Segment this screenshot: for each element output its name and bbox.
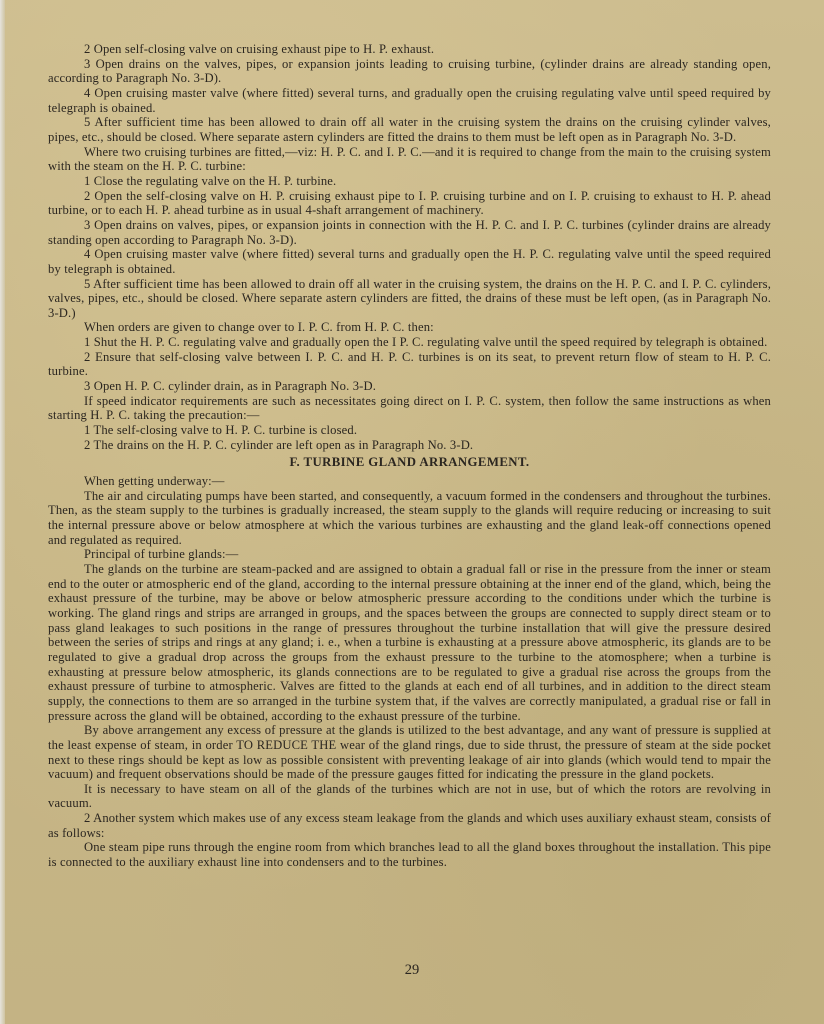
paragraph: 2 Another system which makes use of any … [48,811,771,840]
paragraph: It is necessary to have steam on all of … [48,782,771,811]
paragraph: 5 After sufficient time has been allowed… [48,115,771,144]
section-heading: F. TURBINE GLAND ARRANGEMENT. [48,455,771,470]
paragraph: 4 Open cruising master valve (where fitt… [48,86,771,115]
paragraph: 2 Open self-closing valve on cruising ex… [48,42,771,57]
page-edge [0,0,5,1024]
paragraph: 3 Open drains on valves, pipes, or expan… [48,218,771,247]
paragraph: 4 Open cruising master valve (where fitt… [48,247,771,276]
page-body: 2 Open self-closing valve on cruising ex… [48,42,771,870]
paragraph: The air and circulating pumps have been … [48,489,771,548]
paragraph: If speed indicator requirements are such… [48,394,771,423]
paragraph: 5 After sufficient time has been allowed… [48,277,771,321]
paragraph: 3 Open H. P. C. cylinder drain, as in Pa… [48,379,771,394]
paragraph: 1 The self-closing valve to H. P. C. tur… [48,423,771,438]
paragraph: 1 Shut the H. P. C. regulating valve and… [48,335,771,350]
paragraph: When orders are given to change over to … [48,320,771,335]
paragraph: 2 The drains on the H. P. C. cylinder ar… [48,438,771,453]
paragraph: 2 Open the self-closing valve on H. P. c… [48,189,771,218]
page-number: 29 [0,962,824,979]
paragraph: 3 Open drains on the valves, pipes, or e… [48,57,771,86]
paragraph: When getting underway:— [48,474,771,489]
paragraph: 1 Close the regulating valve on the H. P… [48,174,771,189]
paragraph: The glands on the turbine are steam-pack… [48,562,771,723]
paragraph: Where two cruising turbines are fitted,—… [48,145,771,174]
paragraph: Principal of turbine glands:— [48,547,771,562]
paragraph: 2 Ensure that self-closing valve between… [48,350,771,379]
paragraph: By above arrangement any excess of press… [48,723,771,782]
paragraph: One steam pipe runs through the engine r… [48,840,771,869]
